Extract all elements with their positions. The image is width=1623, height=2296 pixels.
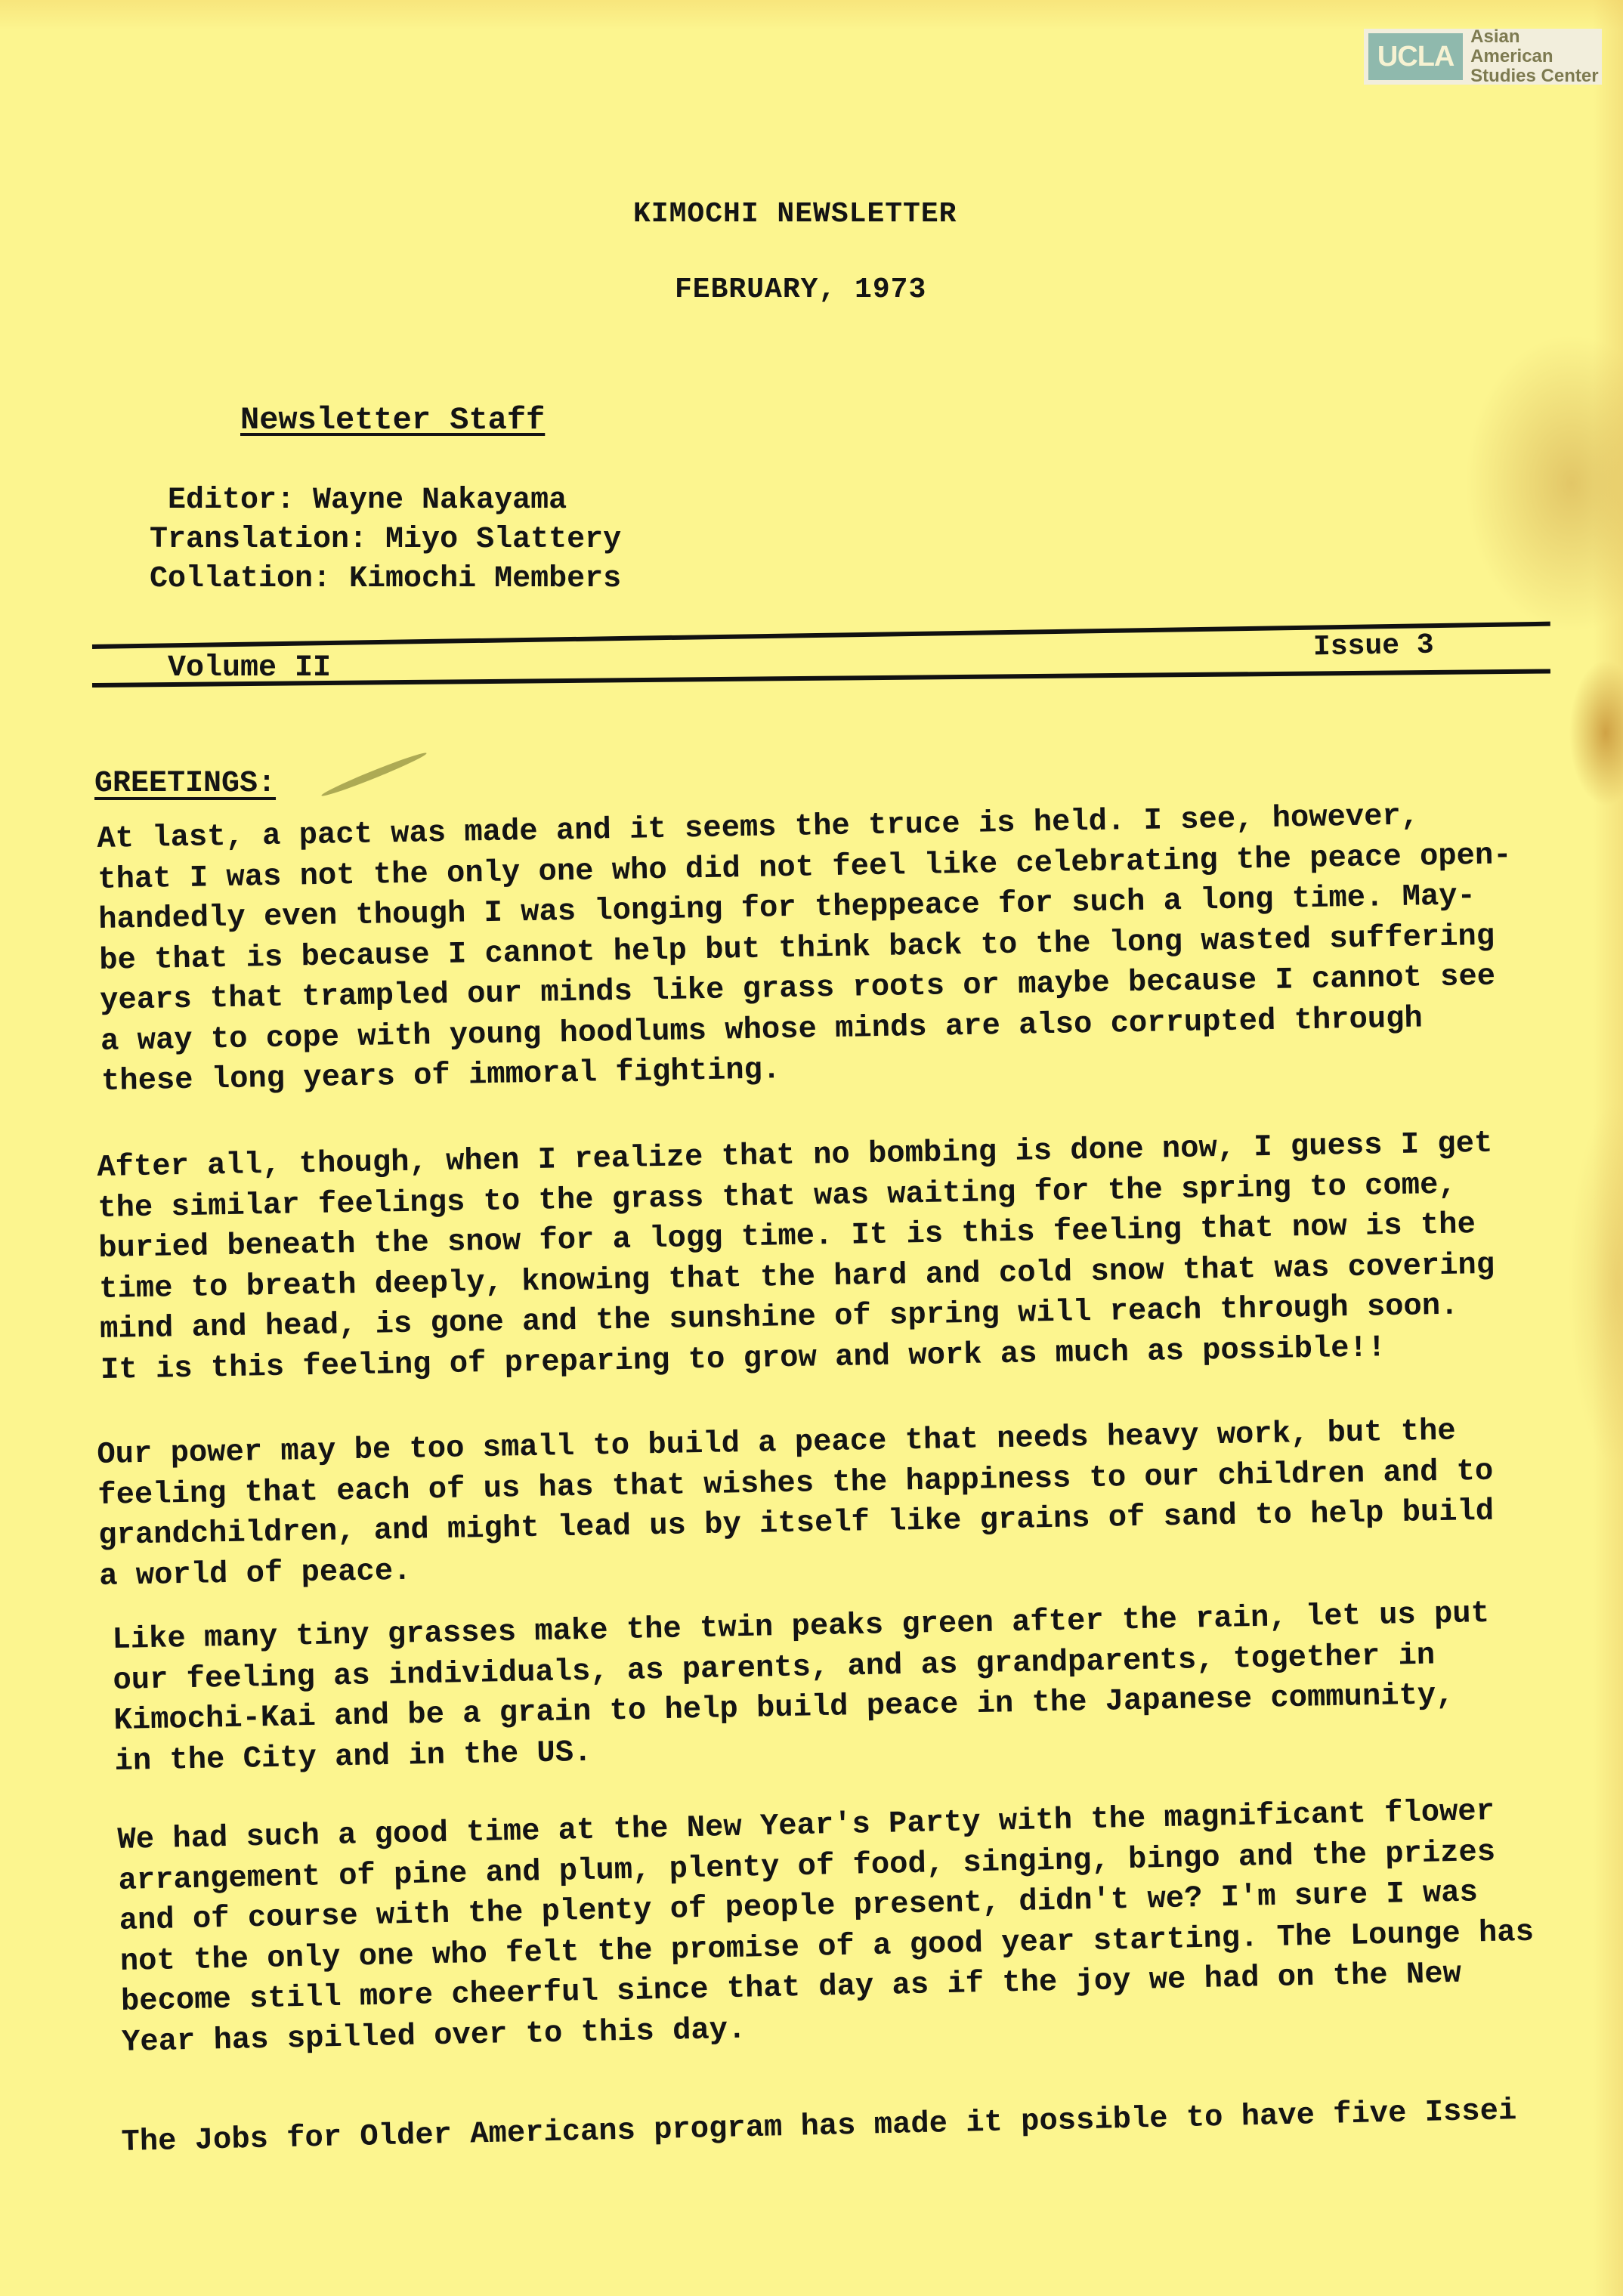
logo-text: Asian American Studies Center — [1470, 27, 1602, 86]
issue-number: Issue 3 — [1313, 629, 1434, 664]
staff-editor: Editor: Wayne Nakayama — [168, 484, 567, 518]
staff-heading: Newsletter Staff — [240, 402, 545, 438]
logo-line-1: Asian American — [1470, 27, 1602, 66]
text-line: The Jobs for Older Americans program has… — [121, 2090, 1595, 2164]
staff-translation: Translation: Miyo Slattery — [150, 523, 621, 557]
paragraph-4: Like many tiny grasses make the twin pea… — [112, 1593, 1588, 1782]
staff-collation: Collation: Kimochi Members — [150, 562, 621, 596]
paragraph-1: At last, a pact was made and it seems th… — [97, 794, 1575, 1102]
newsletter-page: UCLA Asian American Studies Center KIMOC… — [0, 0, 1623, 2296]
paragraph-6: The Jobs for Older Americans program has… — [121, 2090, 1595, 2164]
paragraph-5: We had such a good time at the New Year'… — [117, 1790, 1595, 2063]
logo-mark: UCLA — [1368, 33, 1463, 80]
newsletter-title: KIMOCHI NEWSLETTER — [633, 198, 957, 230]
logo-line-2: Studies Center — [1470, 66, 1602, 86]
ucla-aasc-logo: UCLA Asian American Studies Center — [1364, 29, 1602, 85]
paragraph-2: After all, though, when I realize that n… — [97, 1123, 1574, 1391]
pen-mark — [320, 749, 428, 799]
greetings-heading: GREETINGS: — [94, 767, 276, 801]
volume-number: Volume II — [168, 651, 331, 685]
newsletter-date: FEBRUARY, 1973 — [675, 273, 926, 306]
paragraph-3: Our power may be too small to build a pe… — [97, 1410, 1572, 1597]
